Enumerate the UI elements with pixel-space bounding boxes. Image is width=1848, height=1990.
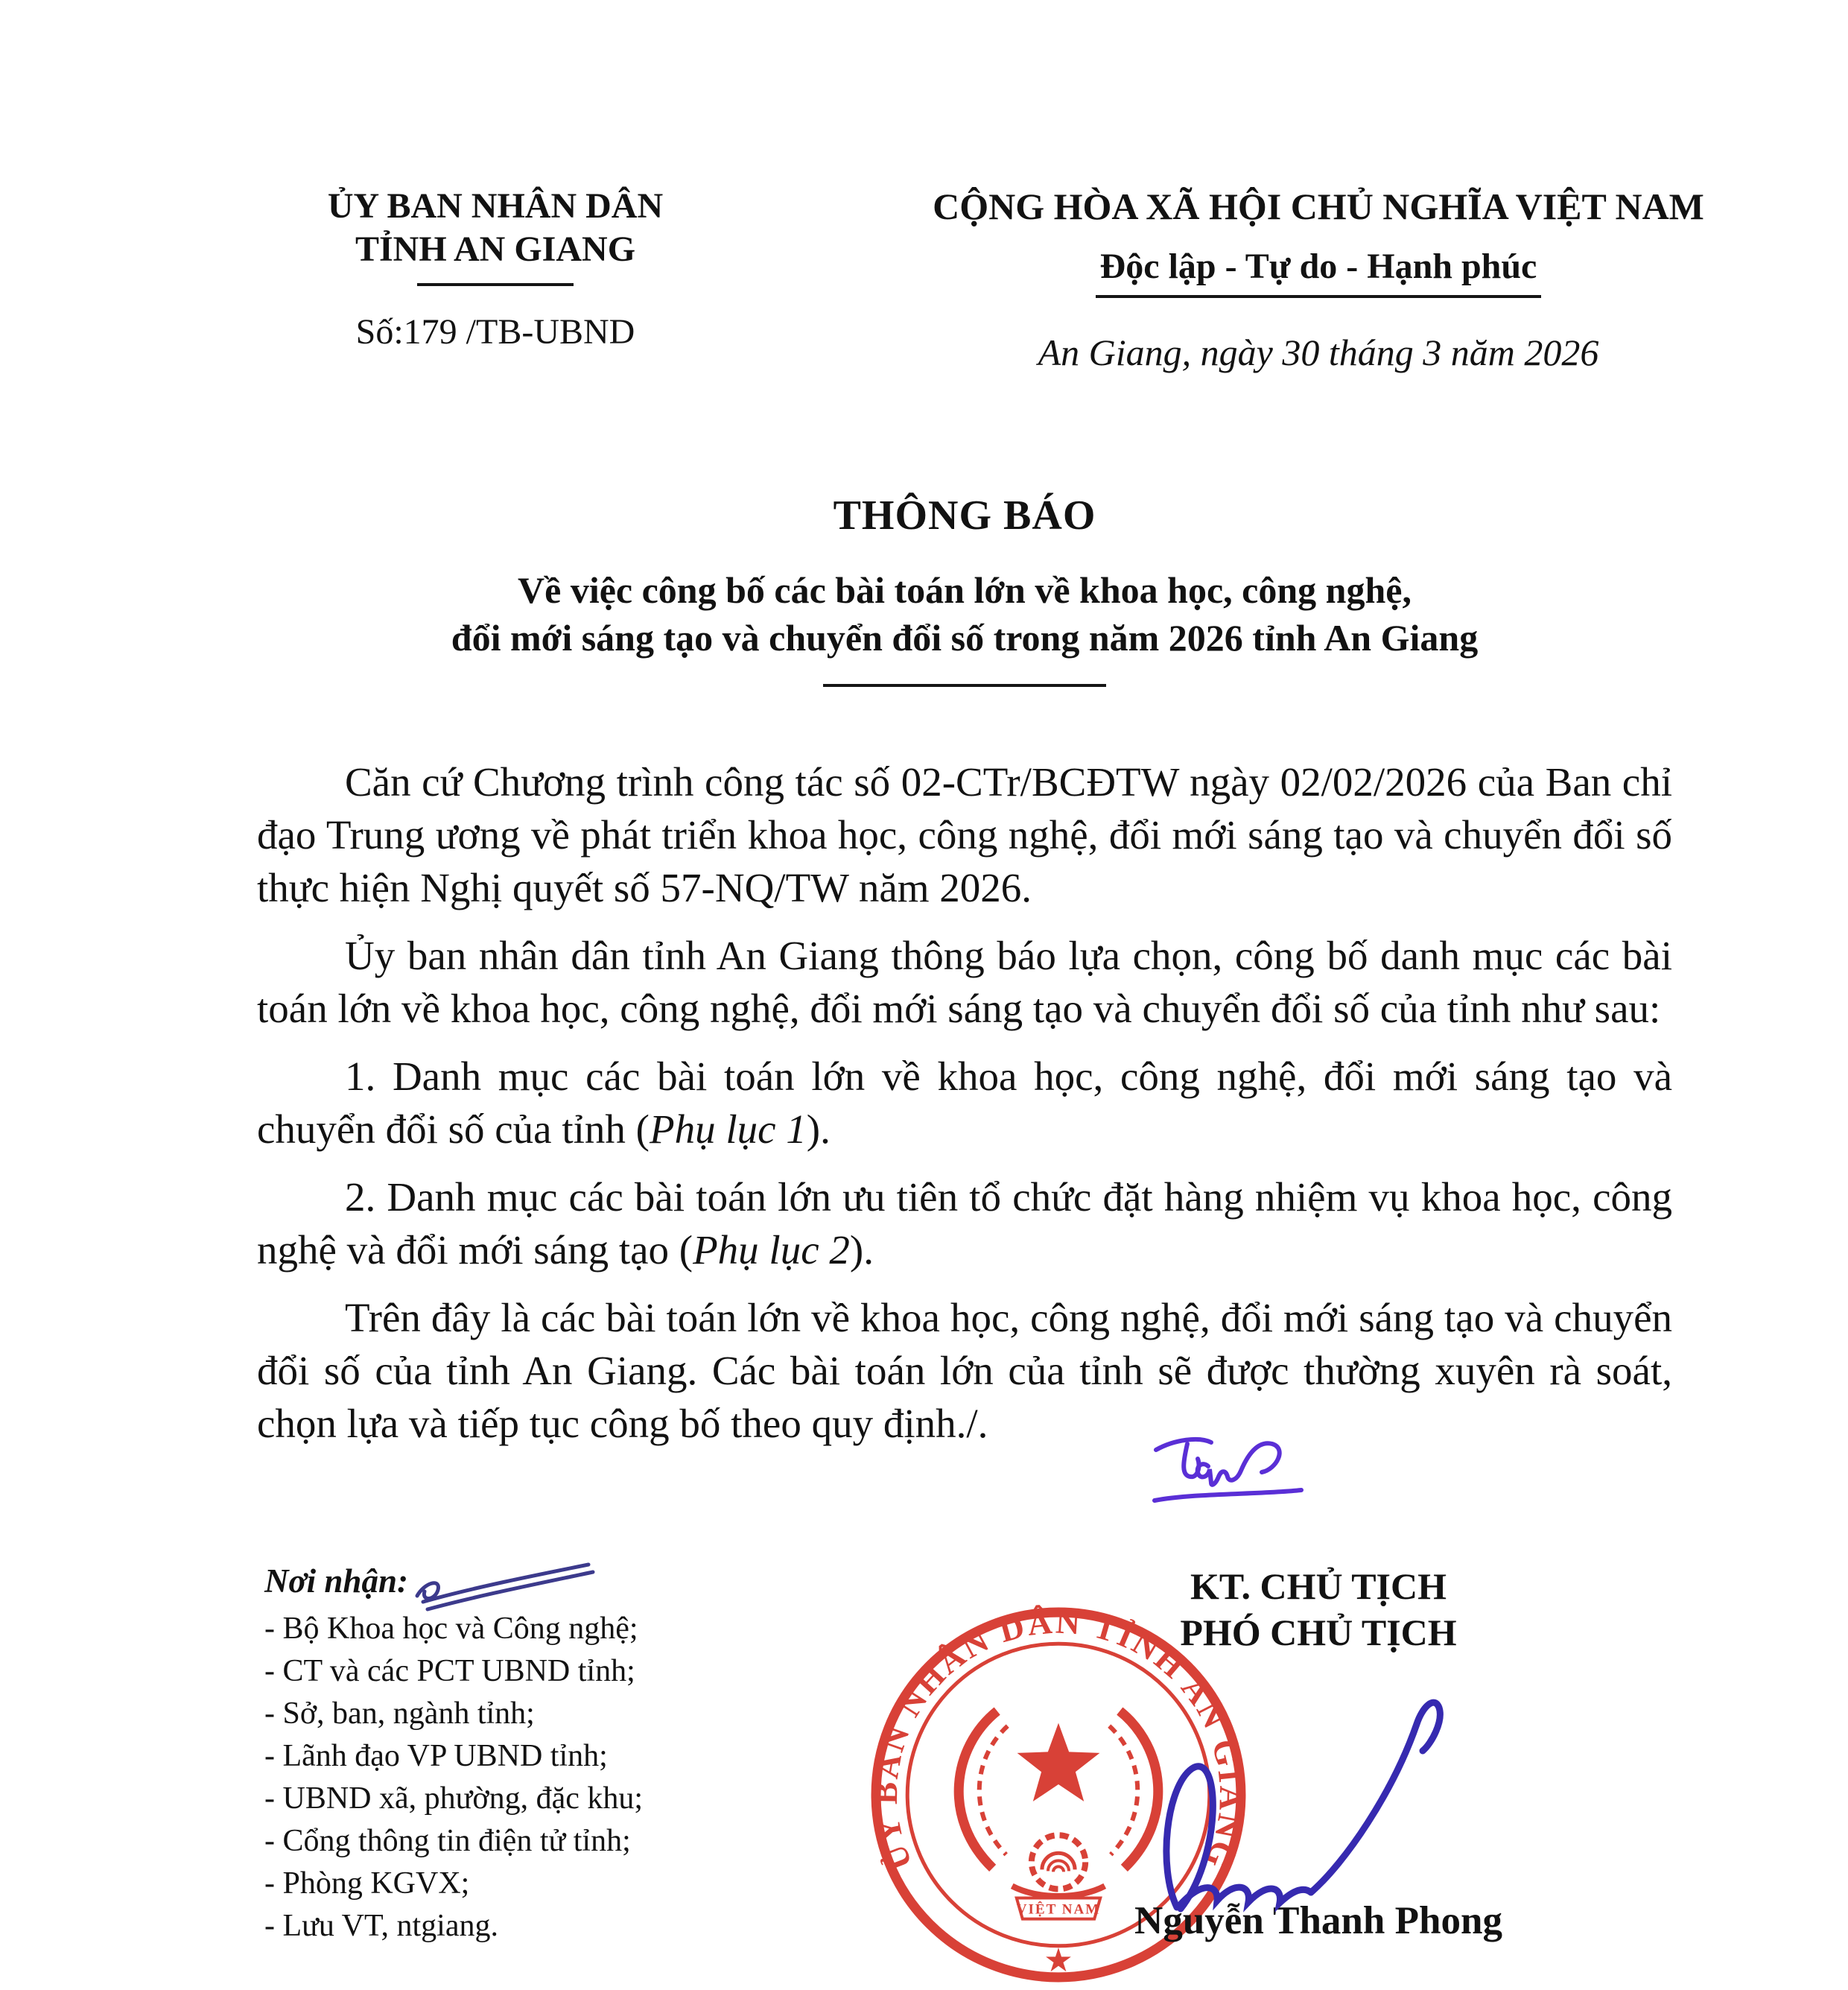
document-page: ỦY BAN NHÂN DÂN TỈNH AN GIANG Số:179 /TB…: [0, 0, 1848, 1990]
recipients-check-scribble: [402, 1553, 605, 1624]
issuing-authority-line1: ỦY BAN NHÂN DÂN: [257, 185, 734, 228]
document-title: THÔNG BÁO: [257, 492, 1672, 539]
item1-closing: ).: [807, 1106, 831, 1152]
paragraph-announcement: Ủy ban nhân dân tỉnh An Giang thông báo …: [257, 929, 1672, 1035]
document-subtitle: Về việc công bố các bài toán lớn về khoa…: [257, 566, 1672, 662]
issuing-authority-line2: TỈNH AN GIANG: [257, 228, 734, 271]
item2-closing: ).: [850, 1227, 874, 1273]
issuing-authority-block: ỦY BAN NHÂN DÂN TỈNH AN GIANG Số:179 /TB…: [257, 185, 734, 352]
approver-initials-scribble: [1149, 1427, 1311, 1511]
national-motto-line2: Độc lập - Tự do - Hạnh phúc: [1096, 246, 1542, 298]
item2-text: 2. Danh mục các bài toán lớn ưu tiên tổ …: [257, 1174, 1672, 1273]
subtitle-line1: Về việc công bố các bài toán lớn về khoa…: [518, 569, 1412, 611]
paragraph-closing: Trên đây là các bài toán lớn về khoa học…: [257, 1291, 1672, 1450]
item1-text: 1. Danh mục các bài toán lớn về khoa học…: [257, 1053, 1672, 1152]
item1-appendix-ref: Phụ lục 1: [650, 1106, 807, 1152]
list-item-2: 2. Danh mục các bài toán lớn ưu tiên tổ …: [257, 1170, 1672, 1276]
body-text: Căn cứ Chương trình công tác số 02-CTr/B…: [257, 755, 1672, 1450]
handwritten-signature: [1108, 1675, 1481, 1921]
recipients-label: Nơi nhận:: [264, 1562, 408, 1600]
list-item-1: 1. Danh mục các bài toán lớn về khoa học…: [257, 1050, 1672, 1156]
subtitle-line2: đổi mới sáng tạo và chuyển đổi số trong …: [451, 617, 1478, 659]
seal-bottom-star-icon: ★: [1044, 1942, 1073, 1979]
national-motto-line1: CỘNG HÒA XÃ HỘI CHỦ NGHĨA VIỆT NAM: [849, 185, 1788, 228]
paragraph-basis: Căn cứ Chương trình công tác số 02-CTr/B…: [257, 755, 1672, 914]
document-number: Số:179 /TB-UBND: [257, 311, 734, 352]
item2-appendix-ref: Phụ lục 2: [693, 1227, 850, 1273]
title-underline: [823, 684, 1106, 687]
authority-underline: [417, 283, 574, 286]
national-header-block: CỘNG HÒA XÃ HỘI CHỦ NGHĨA VIỆT NAM Độc l…: [849, 185, 1788, 374]
place-date-line: An Giang, ngày 30 tháng 3 năm 2026: [849, 331, 1788, 374]
